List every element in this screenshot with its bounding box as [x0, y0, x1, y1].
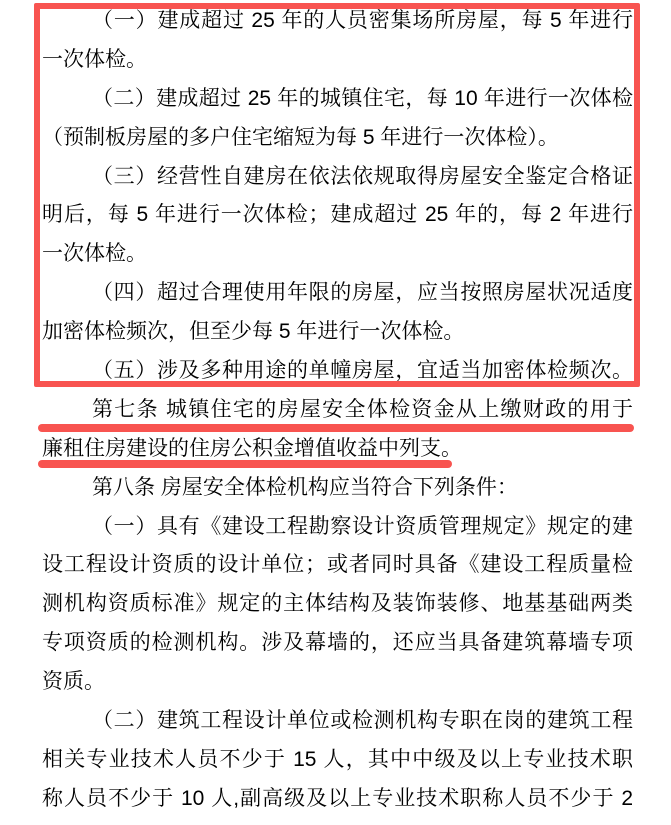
- text-line: 廉租住房建设的住房公积金增值收益中列支。: [42, 430, 633, 469]
- text-line: 设工程设计资质的设计单位；或者同时具备《建设工程质量检: [42, 546, 633, 585]
- text-line: （一）具有《建设工程勘察设计资质管理规定》规定的建: [42, 508, 633, 547]
- text-line: （预制板房屋的多户住宅缩短为每 5 年进行一次体检）。: [42, 119, 633, 158]
- text-line: 第七条 城镇住宅的房屋安全体检资金从上缴财政的用于: [42, 391, 633, 430]
- document-page: （一）建成超过 25 年的人员密集场所房屋，每 5 年进行一次体检。（二）建成超…: [0, 0, 671, 825]
- text-line: 称人员不少于 10 人,副高级及以上专业技术职称人员不少于 2: [42, 780, 633, 819]
- text-line: 第八条 房屋安全体检机构应当符合下列条件：: [42, 469, 633, 508]
- text-column: （一）建成超过 25 年的人员密集场所房屋，每 5 年进行一次体检。（二）建成超…: [0, 2, 671, 819]
- text-line: （三）经营性自建房在依法依规取得房屋安全鉴定合格证: [42, 158, 633, 197]
- text-line: （二）建成超过 25 年的城镇住宅，每 10 年进行一次体检: [42, 80, 633, 119]
- text-line: （一）建成超过 25 年的人员密集场所房屋，每 5 年进行: [42, 2, 633, 41]
- text-line: 一次体检。: [42, 41, 633, 80]
- text-line: （二）建筑工程设计单位或检测机构专职在岗的建筑工程: [42, 702, 633, 741]
- text-line: 测机构资质标准》规定的主体结构及装饰装修、地基基础两类: [42, 585, 633, 624]
- text-line: （五）涉及多种用途的单幢房屋，宜适当加密体检频次。: [42, 352, 633, 391]
- text-line: （四）超过合理使用年限的房屋，应当按照房屋状况适度: [42, 274, 633, 313]
- text-line: 加密体检频次，但至少每 5 年进行一次体检。: [42, 313, 633, 352]
- text-line: 一次体检。: [42, 235, 633, 274]
- text-line: 资质。: [42, 663, 633, 702]
- text-line: 明后，每 5 年进行一次体检；建成超过 25 年的，每 2 年进行: [42, 196, 633, 235]
- text-line: 专项资质的检测机构。涉及幕墙的，还应当具备建筑幕墙专项: [42, 624, 633, 663]
- text-line: 相关专业技术人员不少于 15 人，其中中级及以上专业技术职: [42, 741, 633, 780]
